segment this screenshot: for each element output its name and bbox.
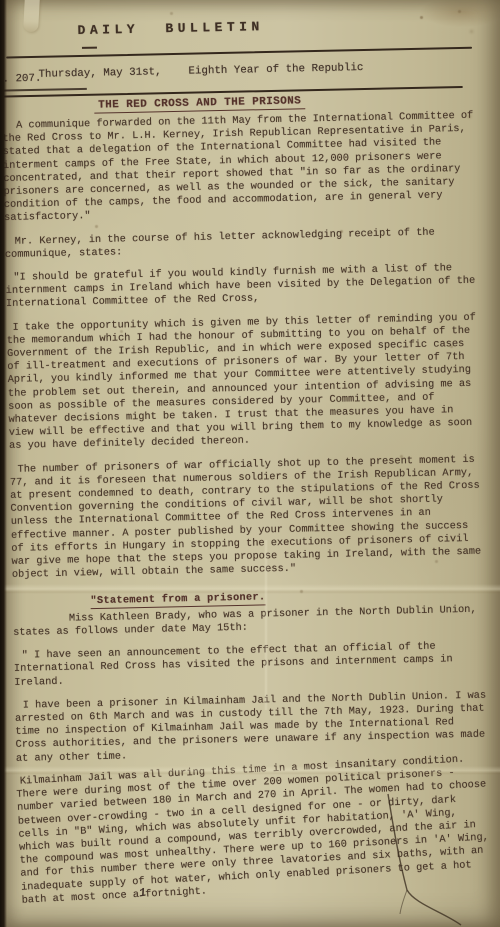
scan-edge-strip — [0, 0, 7, 927]
scanned-document-page: DAILY BULLETIN No. 207. Thursday, May 31… — [0, 0, 500, 927]
date-text: Thursday, May 31st, — [38, 66, 161, 81]
paragraph-memorandum: I take the opportunity which is given me… — [6, 311, 481, 453]
header-rule-echo — [0, 88, 87, 92]
republic-year-text: Eighth Year of the Republic — [188, 62, 363, 78]
paragraph-kerney-intro: Mr. Kerney, in the course of his letter … — [5, 225, 477, 262]
paper-drip-stain — [23, 0, 40, 32]
paragraph-executions: The number of prisoners of war officiall… — [9, 453, 483, 582]
paragraph-announcement: " I have seen an announcement to the eff… — [14, 640, 487, 690]
paragraph-imprisonment: I have been a prisoner in Kilmainham Jai… — [15, 689, 488, 765]
horizontal-fold-crease-lower — [0, 766, 500, 775]
bulletin-header: DAILY BULLETIN No. 207. Thursday, May 31… — [0, 0, 499, 1]
article-title: THE RED CROSS AND THE PRISONS — [94, 95, 305, 113]
paragraph-communique: A communique forwarded on the 11th May f… — [2, 110, 476, 226]
masthead-title: DAILY BULLETIN — [77, 19, 263, 38]
horizontal-fold-crease-upper — [0, 584, 500, 594]
paragraph-quote-list-request: "I should be grateful if you would kindl… — [5, 262, 478, 312]
date-row: No. 207. Thursday, May 31st, Eighth Year… — [0, 59, 500, 70]
masthead-dash — [82, 47, 97, 49]
header-rule-top — [6, 47, 472, 59]
pen-crease-mark — [355, 778, 500, 927]
vertical-fold-crease — [264, 540, 268, 710]
